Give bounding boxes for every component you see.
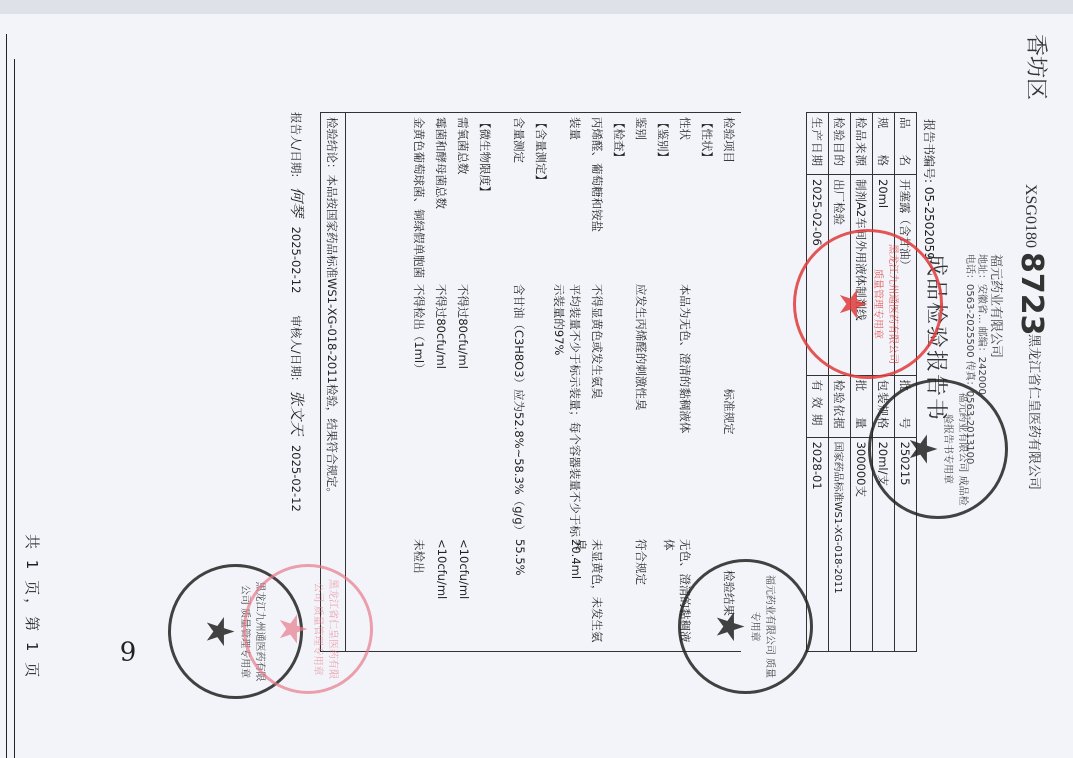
results-cell-result — [611, 539, 627, 647]
red-company-seal: 黑龙江九州通医药有限公司 质量管理专用章★ — [793, 229, 943, 379]
results-cell-result: <10cfu/ml — [455, 539, 471, 647]
report-number: 报告书编号: 05-2502059 — [921, 119, 938, 260]
results-cell-standard — [655, 284, 671, 539]
product-meta-table: 品 名 开塞露（含甘油） 批 号 250215 规 格 20ml 包装规格 20… — [806, 112, 917, 652]
results-cell-result: <10cfu/ml — [433, 539, 449, 647]
results-cell-item: 霉菌和酵母菌总数 — [433, 117, 449, 284]
table-row: 含量测定含甘油（C3H8O3）应为52.8%~58.3%（g/g）55.5% — [511, 117, 527, 647]
results-cell-standard — [699, 284, 715, 539]
results-cell-standard — [611, 284, 627, 539]
results-cell-result: 未检出 — [411, 539, 427, 647]
district-label: 香坊区 — [1022, 34, 1053, 100]
results-cell-standard: 含甘油（C3H8O3）应为52.8%~58.3%（g/g） — [511, 284, 527, 539]
label-expiry: 有 效 期 — [807, 375, 829, 437]
inspection-report-seal: 福元药业有限公司 成品检验报告书专用章★ — [868, 379, 1008, 519]
review-date: 2025-02-12 — [289, 445, 303, 512]
reporter-signature: 何琴 — [288, 187, 306, 217]
table-row: 霉菌和酵母菌总数不得过80cfu/ml<10cfu/ml — [433, 117, 449, 647]
table-row: 【含量测定】 — [533, 117, 549, 647]
results-cell-result — [655, 539, 671, 647]
results-cell-item: 鉴别 — [633, 117, 649, 284]
table-row: 鉴别应发生丙烯醛的刺激性臭符合规定 — [633, 117, 649, 647]
test-basis: 国家药品标准WS1-XG-018-2011 — [829, 437, 851, 651]
results-cell-standard — [533, 284, 549, 539]
results-header-cell: 标准规定 — [721, 284, 737, 539]
star-icon: ★ — [274, 612, 312, 646]
star-icon: ★ — [712, 609, 750, 643]
star-icon: ★ — [834, 287, 872, 321]
results-cell-item: 金黄色葡萄球菌、铜绿假单胞菌 — [411, 117, 427, 284]
label-production-date: 生产日期 — [807, 113, 829, 175]
label-source: 检品来源 — [851, 113, 873, 175]
results-cell-result — [533, 539, 549, 647]
results-cell-result: 55.5% — [511, 539, 527, 647]
table-row: 装量平均装量不少于标示装量；每个容器装量不少于标示装量的97%20.4ml — [551, 117, 583, 647]
reporter-label: 报告人/日期: — [289, 112, 303, 177]
results-cell-item: 【微生物限度】 — [477, 117, 493, 284]
batch-quantity: 300000支 — [851, 437, 873, 651]
results-cell-standard: 应发生丙烯醛的刺激性臭 — [633, 284, 649, 539]
reviewer-label: 审核人/日期: — [289, 315, 303, 380]
page-number: 共 1 页，第 1 页 — [22, 534, 43, 680]
results-cell-result — [477, 539, 493, 647]
rotated-report-document: 香坊区 XSG01808723 黑龙江省仁皇医药有限公司 福元药业有限公司 地址… — [0, 14, 1073, 758]
recipient-company: 黑龙江省仁皇医药有限公司 — [1026, 334, 1045, 490]
quality-seal: 福元药业有限公司 质量专用章★ — [678, 559, 813, 694]
table-row: 需氧菌总数不得过80cfu/ml<10cfu/ml — [455, 117, 471, 647]
results-cell-standard: 不得检出（1ml） — [411, 284, 427, 539]
star-icon: ★ — [202, 614, 240, 648]
star-icon: ★ — [904, 432, 942, 466]
serial-code: XSG01808723 — [1014, 184, 1049, 336]
results-cell-item: 需氧菌总数 — [455, 117, 471, 284]
results-cell-standard: 不得过80cfu/ml — [455, 284, 471, 539]
pink-recipient-seal: 黑龙江省仁皇医药有限公司 质量管理专用章★ — [243, 564, 373, 694]
scan-top-strip — [0, 0, 1073, 15]
table-row: 【鉴别】 — [655, 117, 671, 647]
reviewer-signature: 张文天 — [288, 390, 306, 435]
test-results-table: 检验项目标准规定检验结果【性状】性状本品为无色、澄清的黏稠液体无色、澄清的黏稠液… — [346, 112, 741, 652]
label-basis: 检验依据 — [829, 375, 851, 437]
results-cell-standard: 不得过80cfu/ml — [433, 284, 449, 539]
signoff: 报告人/日期: 何琴 2025-02-12 审核人/日期: 张文天 2025-0… — [287, 112, 308, 512]
results-cell-item: 【性状】 — [699, 117, 715, 284]
results-header-cell: 检验项目 — [721, 117, 737, 284]
table-row: 金黄色葡萄球菌、铜绿假单胞菌不得检出（1ml）未检出 — [411, 117, 427, 647]
results-cell-item: 含量测定 — [511, 117, 527, 284]
results-cell-standard — [477, 284, 493, 539]
results-cell-result: 符合规定 — [633, 539, 649, 647]
results-cell-item: 【含量测定】 — [533, 117, 549, 284]
label-spec: 规 格 — [873, 113, 895, 175]
table-row: 【检查】 — [611, 117, 627, 647]
results-cell-standard: 平均装量不少于标示装量；每个容器装量不少于标示装量的97% — [551, 284, 583, 539]
table-row: 【微生物限度】 — [477, 117, 493, 647]
label-quantity: 批 量 — [851, 375, 873, 437]
label-product-name: 品 名 — [895, 113, 917, 175]
results-cell-result: 20.4ml — [551, 539, 583, 647]
results-cell-item: 装量 — [551, 117, 583, 284]
label-purpose: 检验目的 — [829, 113, 851, 175]
handwritten-mark: 9 — [120, 637, 137, 667]
report-date: 2025-02-12 — [289, 227, 303, 294]
results-cell-item: 【鉴别】 — [655, 117, 671, 284]
results-cell-item: 【检查】 — [611, 117, 627, 284]
